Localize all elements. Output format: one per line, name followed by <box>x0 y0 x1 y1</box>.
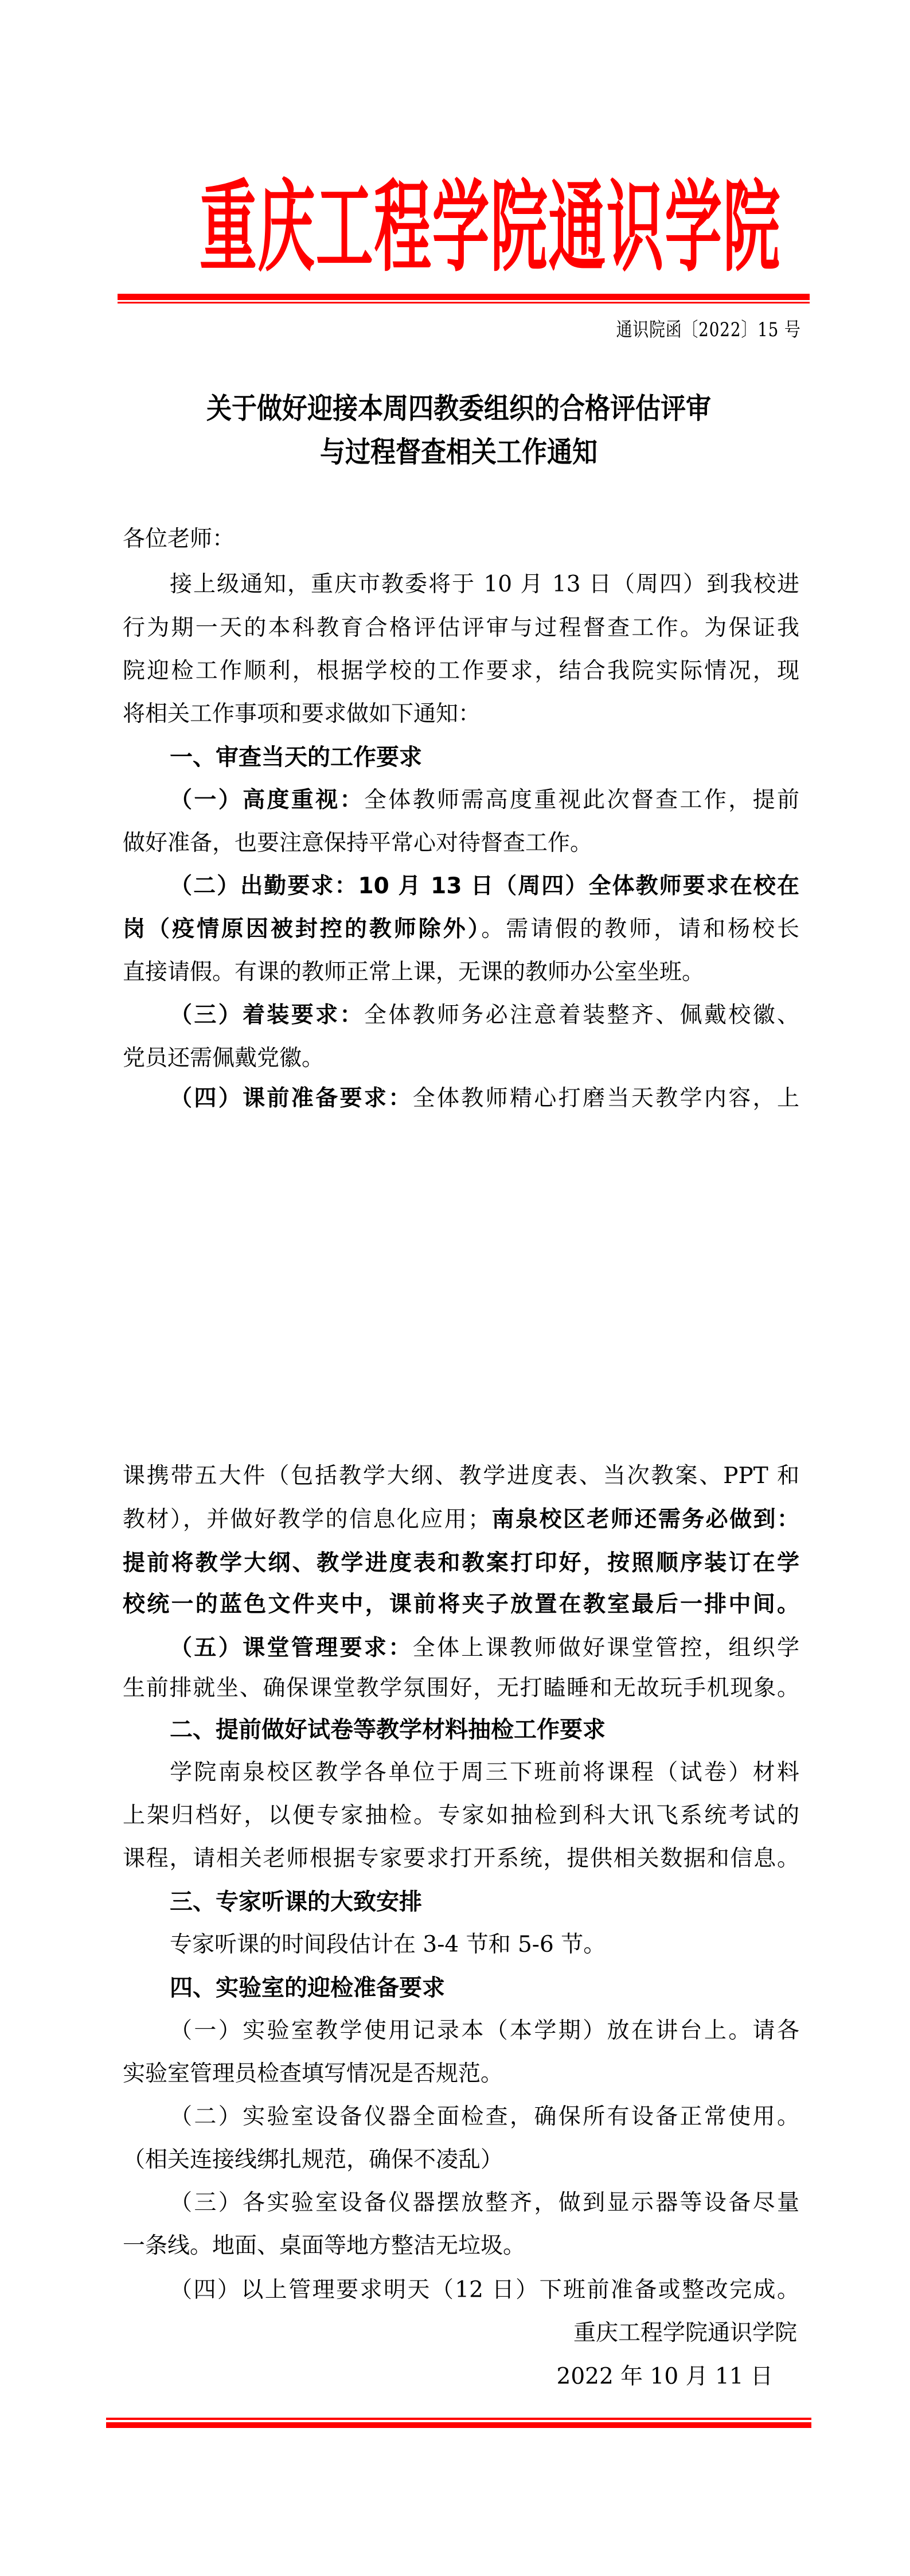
item-1-4-cont: 课携带五大件（包括教学大纲、教学进度表、当次教案、PPT 和 <box>123 1455 799 1497</box>
section-4-line: 实验室管理员检查填写情况是否规范。 <box>123 2053 799 2095</box>
section-4-line: （相关连接线绑扎规范，确保不凌乱） <box>123 2139 799 2181</box>
section-heading-2: 二、提前做好试卷等教学材料抽检工作要求 <box>170 1709 606 1751</box>
item-bold-text: 提前将教学大纲、教学进度表和教案打印好，按照顺序装订在学 <box>123 1550 799 1576</box>
section-3-line: 专家听课的时间段估计在 3-4 节和 5-6 节。 <box>170 1924 799 1966</box>
signature-date: 2022 年 10 月 11 日 <box>557 2356 774 2398</box>
item-text: 教材），并做好教学的信息化应用； <box>123 1507 490 1532</box>
section-heading-3: 三、专家听课的大致安排 <box>170 1881 422 1923</box>
item-text: 全体上课教师做好课堂管控，组织学 <box>413 1635 799 1661</box>
item-1-5-cont: 生前排就坐、确保课堂教学氛围好，无打瞌睡和无故玩手机现象。 <box>123 1667 799 1710</box>
item-1-4-cont: 教材），并做好教学的信息化应用；南泉校区老师还需务必做到： <box>123 1499 799 1541</box>
section-2-line: 课程，请相关老师根据专家要求打开系统，提供相关数据和信息。 <box>123 1838 799 1880</box>
footer-rule-thick <box>106 2422 811 2428</box>
item-1-4-cont: 校统一的蓝色文件夹中，课前将夹子放置在教室最后一排中间。 <box>123 1583 799 1626</box>
section-heading-4: 四、实验室的迎检准备要求 <box>170 1967 445 2009</box>
section-4-line: （一）实验室教学使用记录本（本学期）放在讲台上。请各 <box>170 2010 799 2052</box>
section-2-line: 上架归档好，以便专家抽检。专家如抽检到科大讯飞系统考试的 <box>123 1795 799 1837</box>
item-bold-text: 校统一的蓝色文件夹中，课前将夹子放置在教室最后一排中间。 <box>123 1591 799 1617</box>
item-label: （五）课堂管理要求： <box>170 1635 413 1661</box>
section-2-line: 学院南泉校区教学各单位于周三下班前将课程（试卷）材料 <box>170 1752 799 1794</box>
section-4-line: 一条线。地面、桌面等地方整洁无垃圾。 <box>123 2225 799 2267</box>
section-4-line: （二）实验室设备仪器全面检查，确保所有设备正常使用。 <box>170 2096 799 2138</box>
body-page-2: 课携带五大件（包括教学大纲、教学进度表、当次教案、PPT 和 教材），并做好教学… <box>123 0 799 2576</box>
section-4-line: （四）以上管理要求明天（12 日）下班前准备或整改完成。 <box>170 2269 799 2312</box>
section-4-line: （三）各实验室设备仪器摆放整齐，做到显示器等设备尽量 <box>170 2182 799 2224</box>
signature-org: 重庆工程学院通识学院 <box>573 2312 797 2355</box>
item-bold-text: 南泉校区老师还需务必做到： <box>490 1507 799 1532</box>
footer-rule-thin <box>106 2418 811 2420</box>
item-1-4-cont: 提前将教学大纲、教学进度表和教案打印好，按照顺序装订在学 <box>123 1542 799 1585</box>
item-1-5: （五）课堂管理要求：全体上课教师做好课堂管控，组织学 <box>170 1627 799 1670</box>
